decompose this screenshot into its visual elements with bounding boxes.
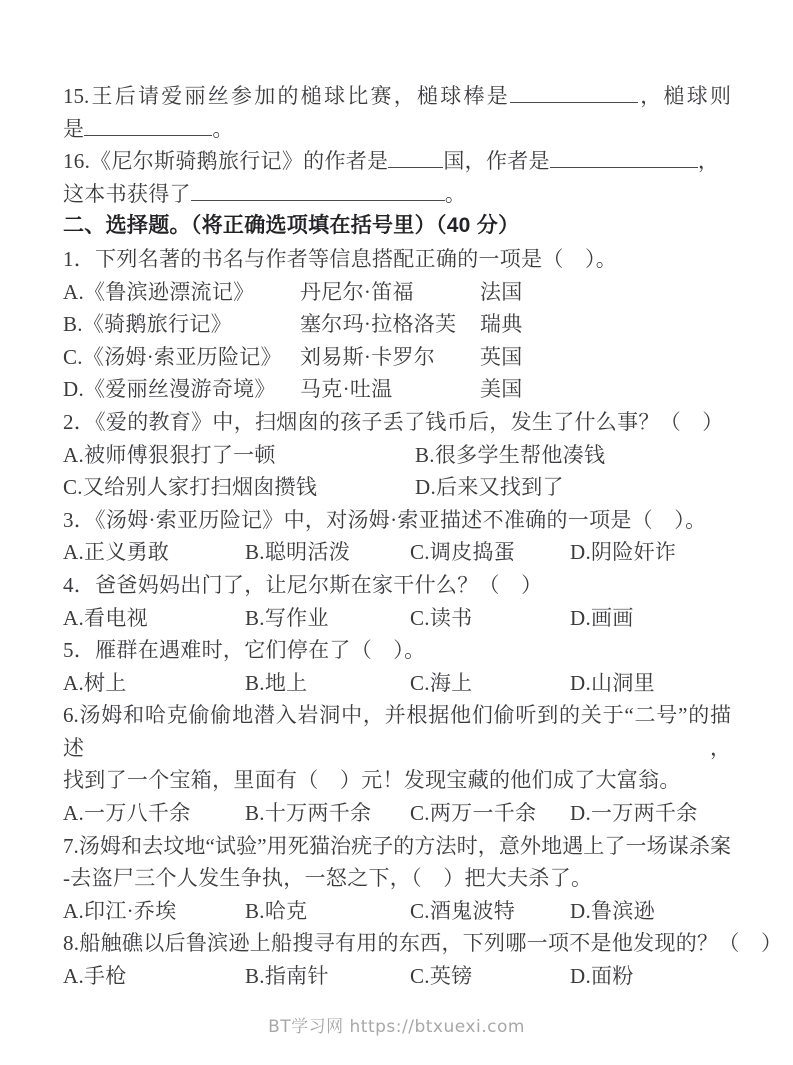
q6-options-cell-1: B.十万两千余: [245, 797, 410, 830]
answer-blank: [191, 180, 445, 201]
q1-option-c-cell-0: C.《汤姆·索亚历险记》: [63, 341, 300, 374]
q4-options-cell-2: C.读书: [410, 602, 570, 635]
q1-option-b-cell-1: 塞尔玛·拉格洛芙: [300, 308, 480, 341]
q15-stem-line2: 是。: [63, 113, 731, 146]
q8-options-cell-2: C.英镑: [410, 960, 570, 993]
q1-option-d-cell-1: 马克·吐温: [300, 373, 480, 406]
answer-blank: [550, 147, 698, 168]
q1-stem: 1．下列名著的书名与作者等信息搭配正确的一项是（ ）。: [63, 243, 731, 276]
q1-option-b: B.《骑鹅旅行记》塞尔玛·拉格洛芙瑞典: [63, 308, 731, 341]
q1-option-b-cell-2: 瑞典: [480, 308, 523, 341]
q5-options-cell-1: B.地上: [245, 667, 410, 700]
q16-stem-line2-text: 。: [445, 182, 466, 206]
q7-options-cell-2: C.酒鬼波特: [410, 895, 570, 928]
q4-options: A.看电视B.写作业C.读书D.画画: [63, 602, 731, 635]
q6-stem-line2: 找到了一个宝箱，里面有（ ）元！发现宝藏的他们成了大富翁。: [63, 764, 731, 797]
q3-options-cell-2: C.调皮捣蛋: [410, 536, 570, 569]
q1-option-b-cell-0: B.《骑鹅旅行记》: [63, 308, 300, 341]
q8-options-cell-1: B.指南针: [245, 960, 410, 993]
q8-stem: 8.船触礁以后鲁滨逊上船搜寻有用的东西，下列哪一项不是他发现的？（ ）: [63, 927, 731, 960]
q1-option-a-cell-2: 法国: [480, 276, 523, 309]
answer-blank: [388, 147, 443, 168]
q1-option-c-cell-1: 刘易斯·卡罗尔: [300, 341, 480, 374]
watermark: BT学习网 https://btxuexi.com: [0, 1012, 793, 1037]
q7-options-cell-1: B.哈克: [245, 895, 410, 928]
q5-options-cell-2: C.海上: [410, 667, 570, 700]
section2-heading: 二、选择题。（将正确选项填在括号里）（40 分）: [63, 210, 731, 243]
q6-options-cell-0: A.一万八千余: [63, 797, 245, 830]
q3-options-cell-3: D.阴险奸诈: [570, 536, 676, 569]
q7-options: A.印江·乔埃B.哈克C.酒鬼波特D.鲁滨逊: [63, 895, 731, 928]
q3-stem: 3．《汤姆·索亚历险记》中，对汤姆·索亚描述不准确的一项是（ ）。: [63, 504, 731, 537]
q2-options-ab-cell-1: B.很多学生帮他凑钱: [415, 439, 605, 472]
q15-stem-line1-text: 15.王后请爱丽丝参加的槌球比赛，槌球棒是: [63, 84, 510, 108]
q4-stem: 4．爸爸妈妈出门了，让尼尔斯在家干什么？（ ）: [63, 569, 731, 602]
q15-stem-line2-text: 是: [63, 117, 84, 141]
q16-stem-line1: 16.《尼尔斯骑鹅旅行记》的作者是国，作者是，: [63, 145, 731, 178]
q1-option-c-cell-2: 英国: [480, 341, 523, 374]
q1-option-a-cell-1: 丹尼尔·笛福: [300, 276, 480, 309]
q4-options-cell-1: B.写作业: [245, 602, 410, 635]
q6-options: A.一万八千余B.十万两千余C.两万一千余D.一万两千余: [63, 797, 731, 830]
q8-options-cell-0: A.手枪: [63, 960, 245, 993]
q7-stem-line2: -去盗尸三个人发生争执，一怒之下，（ ）把大夫杀了。: [63, 862, 731, 895]
answer-blank: [84, 115, 212, 136]
q16-stem-line1-text: 16.《尼尔斯骑鹅旅行记》的作者是: [63, 149, 388, 173]
q16-stem-line2: 这本书获得了。: [63, 178, 731, 211]
q1-option-d-cell-2: 美国: [480, 373, 523, 406]
q1-option-d: D.《爱丽丝漫游奇境》马克·吐温美国: [63, 373, 731, 406]
exam-document: 15.王后请爱丽丝参加的槌球比赛，槌球棒是，槌球则是。16.《尼尔斯骑鹅旅行记》…: [63, 80, 731, 993]
q5-options: A.树上B.地上C.海上D.山洞里: [63, 667, 731, 700]
q2-options-ab-cell-0: A.被师傅狠狠打了一顿: [63, 439, 415, 472]
q2-stem: 2．《爱的教育》中，扫烟囱的孩子丢了钱币后，发生了什么事？（ ）: [63, 406, 731, 439]
q8-options: A.手枪B.指南针C.英镑D.面粉: [63, 960, 731, 993]
q15-stem-line2-text: 。: [212, 117, 233, 141]
q16-stem-line2-text: 这本书获得了: [63, 182, 191, 206]
q6-stem-line1: 6.汤姆和哈克偷偷地潜入岩洞中，并根据他们偷听到的关于“二号”的描述，: [63, 699, 731, 764]
q8-options-cell-3: D.面粉: [570, 960, 634, 993]
q5-stem: 5．雁群在遇难时，它们停在了（ ）。: [63, 634, 731, 667]
q1-option-c: C.《汤姆·索亚历险记》刘易斯·卡罗尔英国: [63, 341, 731, 374]
q7-options-cell-0: A.印江·乔埃: [63, 895, 245, 928]
q1-option-d-cell-0: D.《爱丽丝漫游奇境》: [63, 373, 300, 406]
q1-option-a-cell-0: A.《鲁滨逊漂流记》: [63, 276, 300, 309]
q3-options-cell-0: A.正义勇敢: [63, 536, 245, 569]
q2-options-cd: C.又给别人家打扫烟囱攒钱D.后来又找到了: [63, 471, 731, 504]
q4-options-cell-0: A.看电视: [63, 602, 245, 635]
q2-options-cd-cell-0: C.又给别人家打扫烟囱攒钱: [63, 471, 415, 504]
q1-option-a: A.《鲁滨逊漂流记》丹尼尔·笛福法国: [63, 276, 731, 309]
q2-options-cd-cell-1: D.后来又找到了: [415, 471, 564, 504]
q16-stem-line1-text: 国，作者是: [443, 149, 550, 173]
q15-stem-line1-text: ，槌球则: [638, 84, 731, 108]
q4-options-cell-3: D.画画: [570, 602, 634, 635]
q5-options-cell-0: A.树上: [63, 667, 245, 700]
answer-blank: [510, 82, 638, 103]
q3-options: A.正义勇敢B.聪明活泼C.调皮捣蛋D.阴险奸诈: [63, 536, 731, 569]
q6-options-cell-3: D.一万两千余: [570, 797, 698, 830]
q6-options-cell-2: C.两万一千余: [410, 797, 570, 830]
q7-stem-line1: 7.汤姆和去坟地“试验”用死猫治疣子的方法时，意外地遇上了一场谋杀案: [63, 830, 731, 863]
q16-stem-line1-text: ，: [698, 149, 719, 173]
q15-stem-line1: 15.王后请爱丽丝参加的槌球比赛，槌球棒是，槌球则: [63, 80, 731, 113]
q2-options-ab: A.被师傅狠狠打了一顿B.很多学生帮他凑钱: [63, 439, 731, 472]
q7-options-cell-3: D.鲁滨逊: [570, 895, 655, 928]
q5-options-cell-3: D.山洞里: [570, 667, 655, 700]
q3-options-cell-1: B.聪明活泼: [245, 536, 410, 569]
